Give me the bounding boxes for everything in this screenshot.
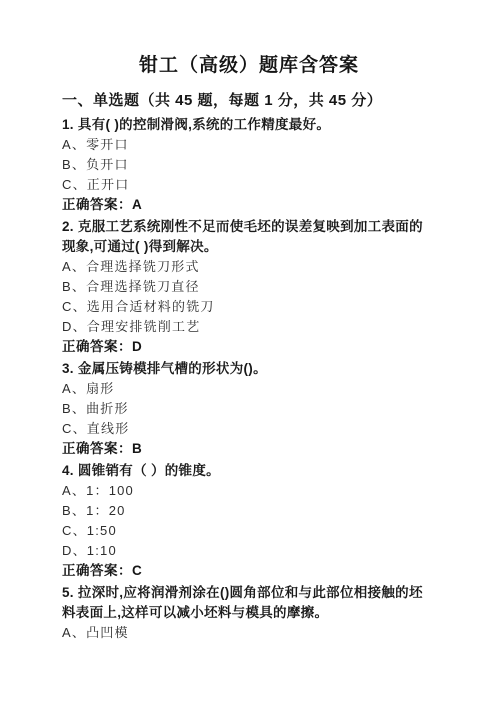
question-text: 5. 拉深时,应将润滑剂涂在()圆角部位和与此部位相接触的坯料表面上,这样可以减… <box>62 583 436 623</box>
option-item: A、1：100 <box>62 481 436 501</box>
option-item: C、1:50 <box>62 521 436 541</box>
option-item: C、正开口 <box>62 175 436 195</box>
question-block-4: 4. 圆锥销有（ ）的锥度。 A、1：100 B、1：20 C、1:50 D、1… <box>62 461 436 581</box>
page-title: 钳工（高级）题库含答案 <box>62 54 436 78</box>
question-text: 1. 具有( )的控制滑阀,系统的工作精度最好。 <box>62 115 436 135</box>
option-item: A、凸凹模 <box>62 623 436 643</box>
option-item: D、1:10 <box>62 541 436 561</box>
answer-line: 正确答案：B <box>62 439 436 459</box>
option-item: B、负开口 <box>62 155 436 175</box>
question-block-1: 1. 具有( )的控制滑阀,系统的工作精度最好。 A、零开口 B、负开口 C、正… <box>62 115 436 215</box>
option-item: B、1：20 <box>62 501 436 521</box>
option-item: A、零开口 <box>62 135 436 155</box>
section-heading: 一、单选题（共 45 题，每题 1 分，共 45 分） <box>62 90 436 112</box>
question-text: 4. 圆锥销有（ ）的锥度。 <box>62 461 436 481</box>
question-block-2: 2. 克服工艺系统刚性不足而使毛坯的误差复映到加工表面的现象,可通过( )得到解… <box>62 217 436 357</box>
answer-line: 正确答案：A <box>62 195 436 215</box>
option-item: A、合理选择铣刀形式 <box>62 257 436 277</box>
option-item: D、合理安排铣削工艺 <box>62 317 436 337</box>
answer-line: 正确答案：D <box>62 337 436 357</box>
question-block-3: 3. 金属压铸模排气槽的形状为()。 A、扇形 B、曲折形 C、直线形 正确答案… <box>62 359 436 459</box>
question-text: 2. 克服工艺系统刚性不足而使毛坯的误差复映到加工表面的现象,可通过( )得到解… <box>62 217 436 257</box>
option-item: C、直线形 <box>62 419 436 439</box>
answer-line: 正确答案：C <box>62 561 436 581</box>
option-item: B、合理选择铣刀直径 <box>62 277 436 297</box>
option-item: C、选用合适材料的铣刀 <box>62 297 436 317</box>
option-item: A、扇形 <box>62 379 436 399</box>
option-item: B、曲折形 <box>62 399 436 419</box>
document-page: 钳工（高级）题库含答案 一、单选题（共 45 题，每题 1 分，共 45 分） … <box>0 0 500 707</box>
question-text: 3. 金属压铸模排气槽的形状为()。 <box>62 359 436 379</box>
question-block-5: 5. 拉深时,应将润滑剂涂在()圆角部位和与此部位相接触的坯料表面上,这样可以减… <box>62 583 436 643</box>
